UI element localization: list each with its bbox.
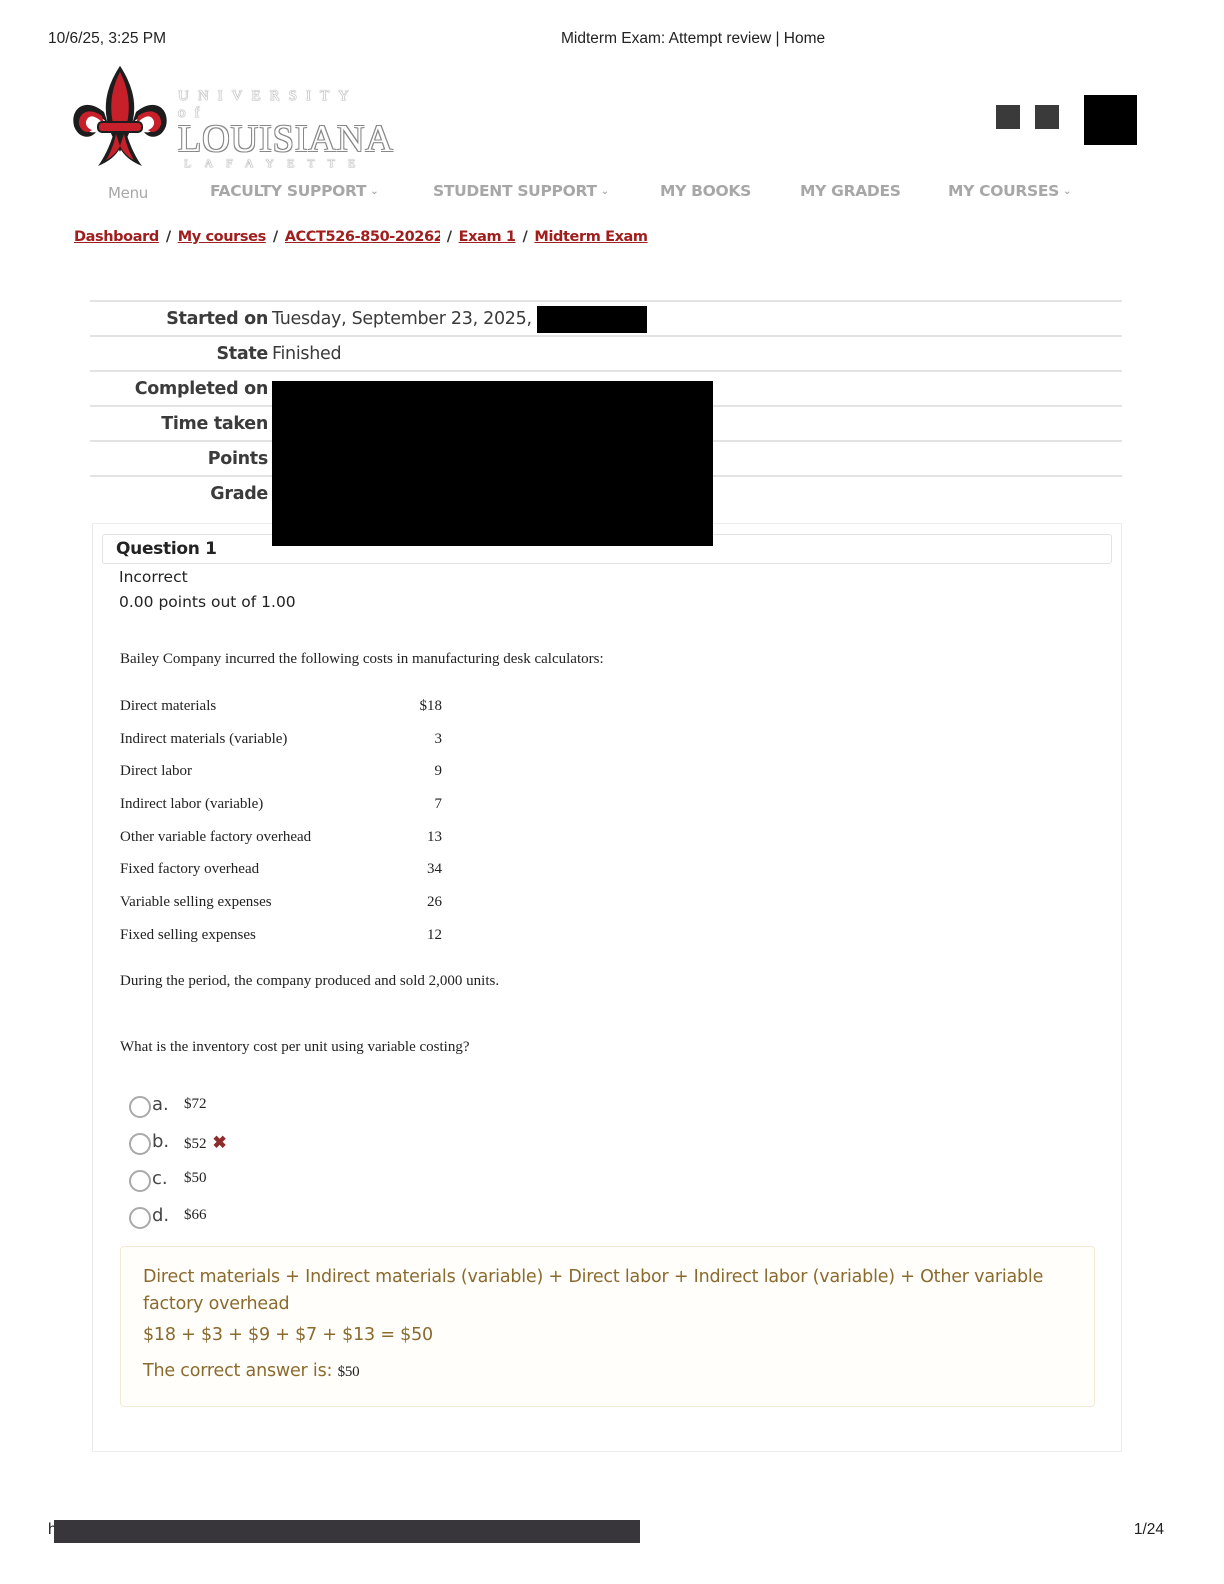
print-datetime: 10/6/25, 3:25 PM <box>48 30 166 48</box>
summary-label: Completed on <box>135 379 268 399</box>
feedback-formula: Direct materials + Indirect materials (v… <box>143 1264 1076 1318</box>
summary-value: Tuesday, September 23, 2025, 1 <box>272 309 548 329</box>
answer-text: $52 <box>184 1136 207 1152</box>
radio-button[interactable] <box>129 1207 151 1229</box>
question-points: 0.00 points out of 1.00 <box>119 593 296 611</box>
correct-answer-label: The correct answer is: <box>143 1361 332 1381</box>
print-header: 10/6/25, 3:25 PM Midterm Exam: Attempt r… <box>48 30 1176 50</box>
cost-value: 13 <box>427 829 442 846</box>
answer-letter: d. <box>152 1205 169 1226</box>
logo-line-1: UNIVERSITY of <box>178 88 400 122</box>
breadcrumb-course[interactable]: ACCT526-850-202620 <box>285 229 440 245</box>
answer-letter: c. <box>152 1168 168 1189</box>
question-units-text: During the period, the company produced … <box>120 973 499 990</box>
page-number: 1/24 <box>1134 1521 1164 1539</box>
radio-button[interactable] <box>129 1096 151 1118</box>
feedback-box: Direct materials + Indirect materials (v… <box>120 1246 1095 1407</box>
answer-text: $66 <box>184 1207 207 1224</box>
chevron-down-icon: ⌄ <box>1063 186 1071 197</box>
breadcrumb: Dashboard/My courses/ACCT526-850-202620/… <box>74 229 648 245</box>
cost-value: 34 <box>427 861 442 878</box>
logo-line-3: LAFAYETTE <box>178 156 400 171</box>
nav-faculty-support[interactable]: FACULTY SUPPORT⌄ <box>210 182 378 200</box>
cost-value: 26 <box>427 894 442 911</box>
cost-row: Other variable factory overhead13 <box>120 829 450 862</box>
nav-menu[interactable]: Menu <box>108 184 148 202</box>
cost-label: Fixed selling expenses <box>120 927 256 944</box>
cost-row: Variable selling expenses26 <box>120 894 450 927</box>
nav-student-support[interactable]: STUDENT SUPPORT⌄ <box>433 182 609 200</box>
chevron-down-icon: ⌄ <box>370 186 378 197</box>
user-avatar-redacted[interactable] <box>1084 95 1137 145</box>
question-title: Question 1 <box>116 539 217 559</box>
answer-letter: a. <box>152 1094 169 1115</box>
breadcrumb-separator: / <box>273 229 278 245</box>
logo-wordmark: UNIVERSITY of LOUISIANA LAFAYETTE <box>178 88 400 171</box>
question-state: Incorrect <box>119 568 188 586</box>
cost-label: Direct materials <box>120 698 216 715</box>
nav-faculty-support-label: FACULTY SUPPORT <box>210 182 366 200</box>
redacted-start-time <box>537 306 647 333</box>
question-prompt: What is the inventory cost per unit usin… <box>120 1039 470 1056</box>
cost-label: Other variable factory overhead <box>120 829 311 846</box>
cost-row: Direct labor9 <box>120 763 450 796</box>
nav-my-grades[interactable]: MY GRADES <box>800 182 901 200</box>
breadcrumb-my-courses[interactable]: My courses <box>178 229 266 245</box>
radio-button[interactable] <box>129 1133 151 1155</box>
redacted-url <box>54 1520 640 1543</box>
summary-value: Finished <box>272 344 341 364</box>
breadcrumb-exam-1[interactable]: Exam 1 <box>459 229 516 245</box>
cost-row: Indirect labor (variable)7 <box>120 796 450 829</box>
cost-label: Direct labor <box>120 763 192 780</box>
cost-label: Variable selling expenses <box>120 894 272 911</box>
feedback-calculation: $18 + $3 + $9 + $7 + $13 = $50 <box>143 1325 433 1345</box>
cost-row: Fixed selling expenses12 <box>120 927 450 960</box>
breadcrumb-midterm-exam[interactable]: Midterm Exam <box>534 229 647 245</box>
nav-my-books-label: MY BOOKS <box>660 182 751 200</box>
summary-label: Started on <box>166 309 268 329</box>
summary-label: Time taken <box>161 414 268 434</box>
summary-row-state: State Finished <box>90 337 1122 372</box>
nav-menu-label: Menu <box>108 184 148 202</box>
answer-text-wrap: $52✖ <box>184 1133 227 1153</box>
question-card: Question 1 Incorrect 0.00 points out of … <box>92 523 1122 1452</box>
feedback-correct-answer: The correct answer is: $50 <box>143 1361 359 1381</box>
nav-my-courses[interactable]: MY COURSES⌄ <box>948 182 1071 200</box>
cost-label: Fixed factory overhead <box>120 861 259 878</box>
cost-value: 12 <box>427 927 442 944</box>
notifications-icon[interactable] <box>996 105 1020 129</box>
summary-label: Grade <box>210 484 268 504</box>
logo-line-2: LOUISIANA <box>178 122 400 156</box>
cost-row: Fixed factory overhead34 <box>120 861 450 894</box>
question-intro: Bailey Company incurred the following co… <box>120 651 604 668</box>
cost-table: Direct materials$18 Indirect materials (… <box>120 698 450 960</box>
cost-value: 9 <box>435 763 443 780</box>
cost-label: Indirect labor (variable) <box>120 796 263 813</box>
nav-my-courses-label: MY COURSES <box>948 182 1059 200</box>
correct-answer-value: $50 <box>338 1364 360 1380</box>
breadcrumb-separator: / <box>523 229 528 245</box>
breadcrumb-separator: / <box>447 229 452 245</box>
cost-label: Indirect materials (variable) <box>120 731 287 748</box>
messages-icon[interactable] <box>1035 105 1059 129</box>
summary-label: State <box>216 344 268 364</box>
breadcrumb-separator: / <box>166 229 171 245</box>
summary-label: Points <box>208 449 268 469</box>
chevron-down-icon: ⌄ <box>601 186 609 197</box>
university-logo[interactable]: UNIVERSITY of LOUISIANA LAFAYETTE <box>70 62 400 172</box>
cost-value: $18 <box>420 698 443 715</box>
cost-value: 7 <box>435 796 443 813</box>
breadcrumb-dashboard[interactable]: Dashboard <box>74 229 159 245</box>
nav-student-support-label: STUDENT SUPPORT <box>433 182 597 200</box>
radio-button[interactable] <box>129 1170 151 1192</box>
cost-value: 3 <box>435 731 443 748</box>
answer-text: $50 <box>184 1170 207 1187</box>
print-page-title: Midterm Exam: Attempt review | Home <box>561 30 825 48</box>
answer-text: $72 <box>184 1096 207 1113</box>
nav-my-grades-label: MY GRADES <box>800 182 901 200</box>
answer-letter: b. <box>152 1131 169 1152</box>
nav-my-books[interactable]: MY BOOKS <box>660 182 751 200</box>
cost-row: Indirect materials (variable)3 <box>120 731 450 764</box>
redacted-attempt-details <box>272 381 713 546</box>
main-nav: Menu FACULTY SUPPORT⌄ STUDENT SUPPORT⌄ M… <box>108 182 1224 204</box>
cost-row: Direct materials$18 <box>120 698 450 731</box>
incorrect-x-icon: ✖ <box>213 1133 227 1152</box>
print-footer: h 1/24 <box>48 1520 1176 1544</box>
fleur-de-lis-icon <box>70 62 170 172</box>
